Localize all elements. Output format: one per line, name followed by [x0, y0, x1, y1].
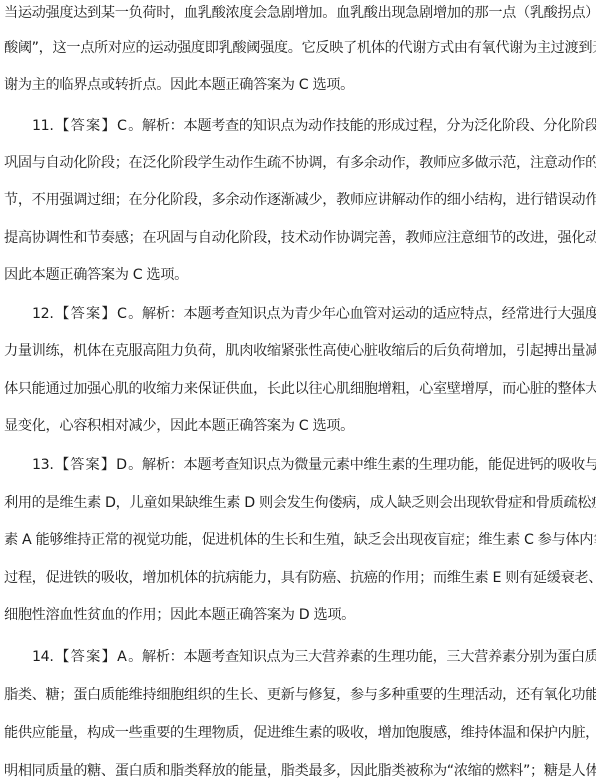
question-number: 11. — [32, 118, 54, 134]
question-13-header: 13.【答案】D。解析：本题考查知识点为微量元素中维生素的生理功能，能促进钙的吸… — [4, 455, 596, 475]
text-line: 体只能通过加强心肌的收缩力来保证供血，长此以往心肌细胞增粗，心室壁增厚，而心脏的… — [4, 379, 596, 399]
question-number-answer: 12.【答案】C。 — [4, 304, 142, 324]
question-number-answer: 11.【答案】C。 — [4, 116, 142, 136]
text-line: 过程，促进铁的吸收，增加机体的抗病能力，具有防癌、抗癌的作用；而维生素 E 则有… — [4, 568, 596, 588]
answer-label: 【答案】C。 — [54, 306, 142, 322]
answer-label: 【答案】C。 — [54, 118, 142, 134]
text-line: 明相同质量的糖、蛋白质和脂类释放的能量，脂类最多，因此脂类被称为“浓缩的燃料”；… — [4, 761, 596, 781]
text-line: 因此本题正确答案为 C 选项。 — [4, 265, 596, 285]
text-line: 脂类、糖；蛋白质能维持细胞组织的生长、更新与修复，参与多种重要的生理活动，还有氧… — [4, 685, 596, 705]
text-line: 细胞性溶血性贫血的作用；因此本题正确答案为 D 选项。 — [4, 605, 596, 625]
text-line: 节，不用强调过细；在分化阶段，多余动作逐渐减少，教师应讲解动作的细小结构，进行错… — [4, 190, 596, 210]
analysis-text: 解析：本题考查知识点为青少年心血管对运动的适应特点，经常进行大强度 — [142, 306, 596, 322]
text-line: 力量训练，机体在克服高阻力负荷，肌肉收缩紧张性高使心脏收缩后的后负荷增加，引起搏… — [4, 341, 596, 361]
analysis-text: 解析：本题考查知识点为微量元素中维生素的生理功能，能促进钙的吸收与 — [142, 457, 596, 473]
question-11-header: 11.【答案】C。解析：本题考查的知识点为动作技能的形成过程，分为泛化阶段、分化… — [4, 116, 596, 136]
question-14-header: 14.【答案】A。解析：本题考查知识点为三大营养素的生理功能，三大营养素分别为蛋… — [4, 647, 596, 667]
analysis-text: 解析：本题考查知识点为三大营养素的生理功能，三大营养素分别为蛋白质、 — [142, 649, 596, 665]
text-line: 显变化，心容积相对减少，因此本题正确答案为 C 选项。 — [4, 416, 596, 436]
question-number: 13. — [32, 457, 54, 473]
analysis-text: 解析：本题考查的知识点为动作技能的形成过程，分为泛化阶段、分化阶段、 — [142, 118, 596, 134]
text-line: 提高协调性和节奏感；在巩固与自动化阶段，技术动作协调完善，教师应注意细节的改进，… — [4, 228, 596, 248]
text-line: 素 A 能够维持正常的视觉功能，促进机体的生长和生殖，缺乏会出现夜盲症；维生素 … — [4, 530, 596, 550]
document-page: 当运动强度达到某一负荷时，血乳酸浓度会急剧增加。血乳酸出现急剧增加的那一点（乳酸… — [0, 0, 600, 784]
question-number-answer: 13.【答案】D。 — [4, 455, 142, 475]
question-number: 12. — [32, 306, 54, 322]
text-line: 巩固与自动化阶段；在泛化阶段学生动作生疏不协调，有多余动作，教师应多做示范，注意… — [4, 153, 596, 173]
question-12-header: 12.【答案】C。解析：本题考查知识点为青少年心血管对运动的适应特点，经常进行大… — [4, 304, 596, 324]
question-number: 14. — [32, 649, 54, 665]
text-line: 利用的是维生素 D，儿童如果缺维生素 D 则会发生佝偻病，成人缺乏则会出现软骨症… — [4, 493, 596, 513]
text-line: 谢为主的临界点或转折点。因此本题正确答案为 C 选项。 — [4, 75, 596, 95]
answer-label: 【答案】A。 — [54, 649, 142, 665]
answer-label: 【答案】D。 — [54, 457, 142, 473]
text-line: 能供应能量，构成一些重要的生理物质，促进维生素的吸收，增加饱腹感，维持体温和保护… — [4, 723, 596, 743]
text-line: 当运动强度达到某一负荷时，血乳酸浓度会急剧增加。血乳酸出现急剧增加的那一点（乳酸… — [4, 3, 596, 23]
question-number-answer: 14.【答案】A。 — [4, 647, 142, 667]
text-line: 酸阈”，这一点所对应的运动强度即乳酸阈强度。它反映了机体的代谢方式由有氧代谢为主… — [4, 38, 596, 58]
